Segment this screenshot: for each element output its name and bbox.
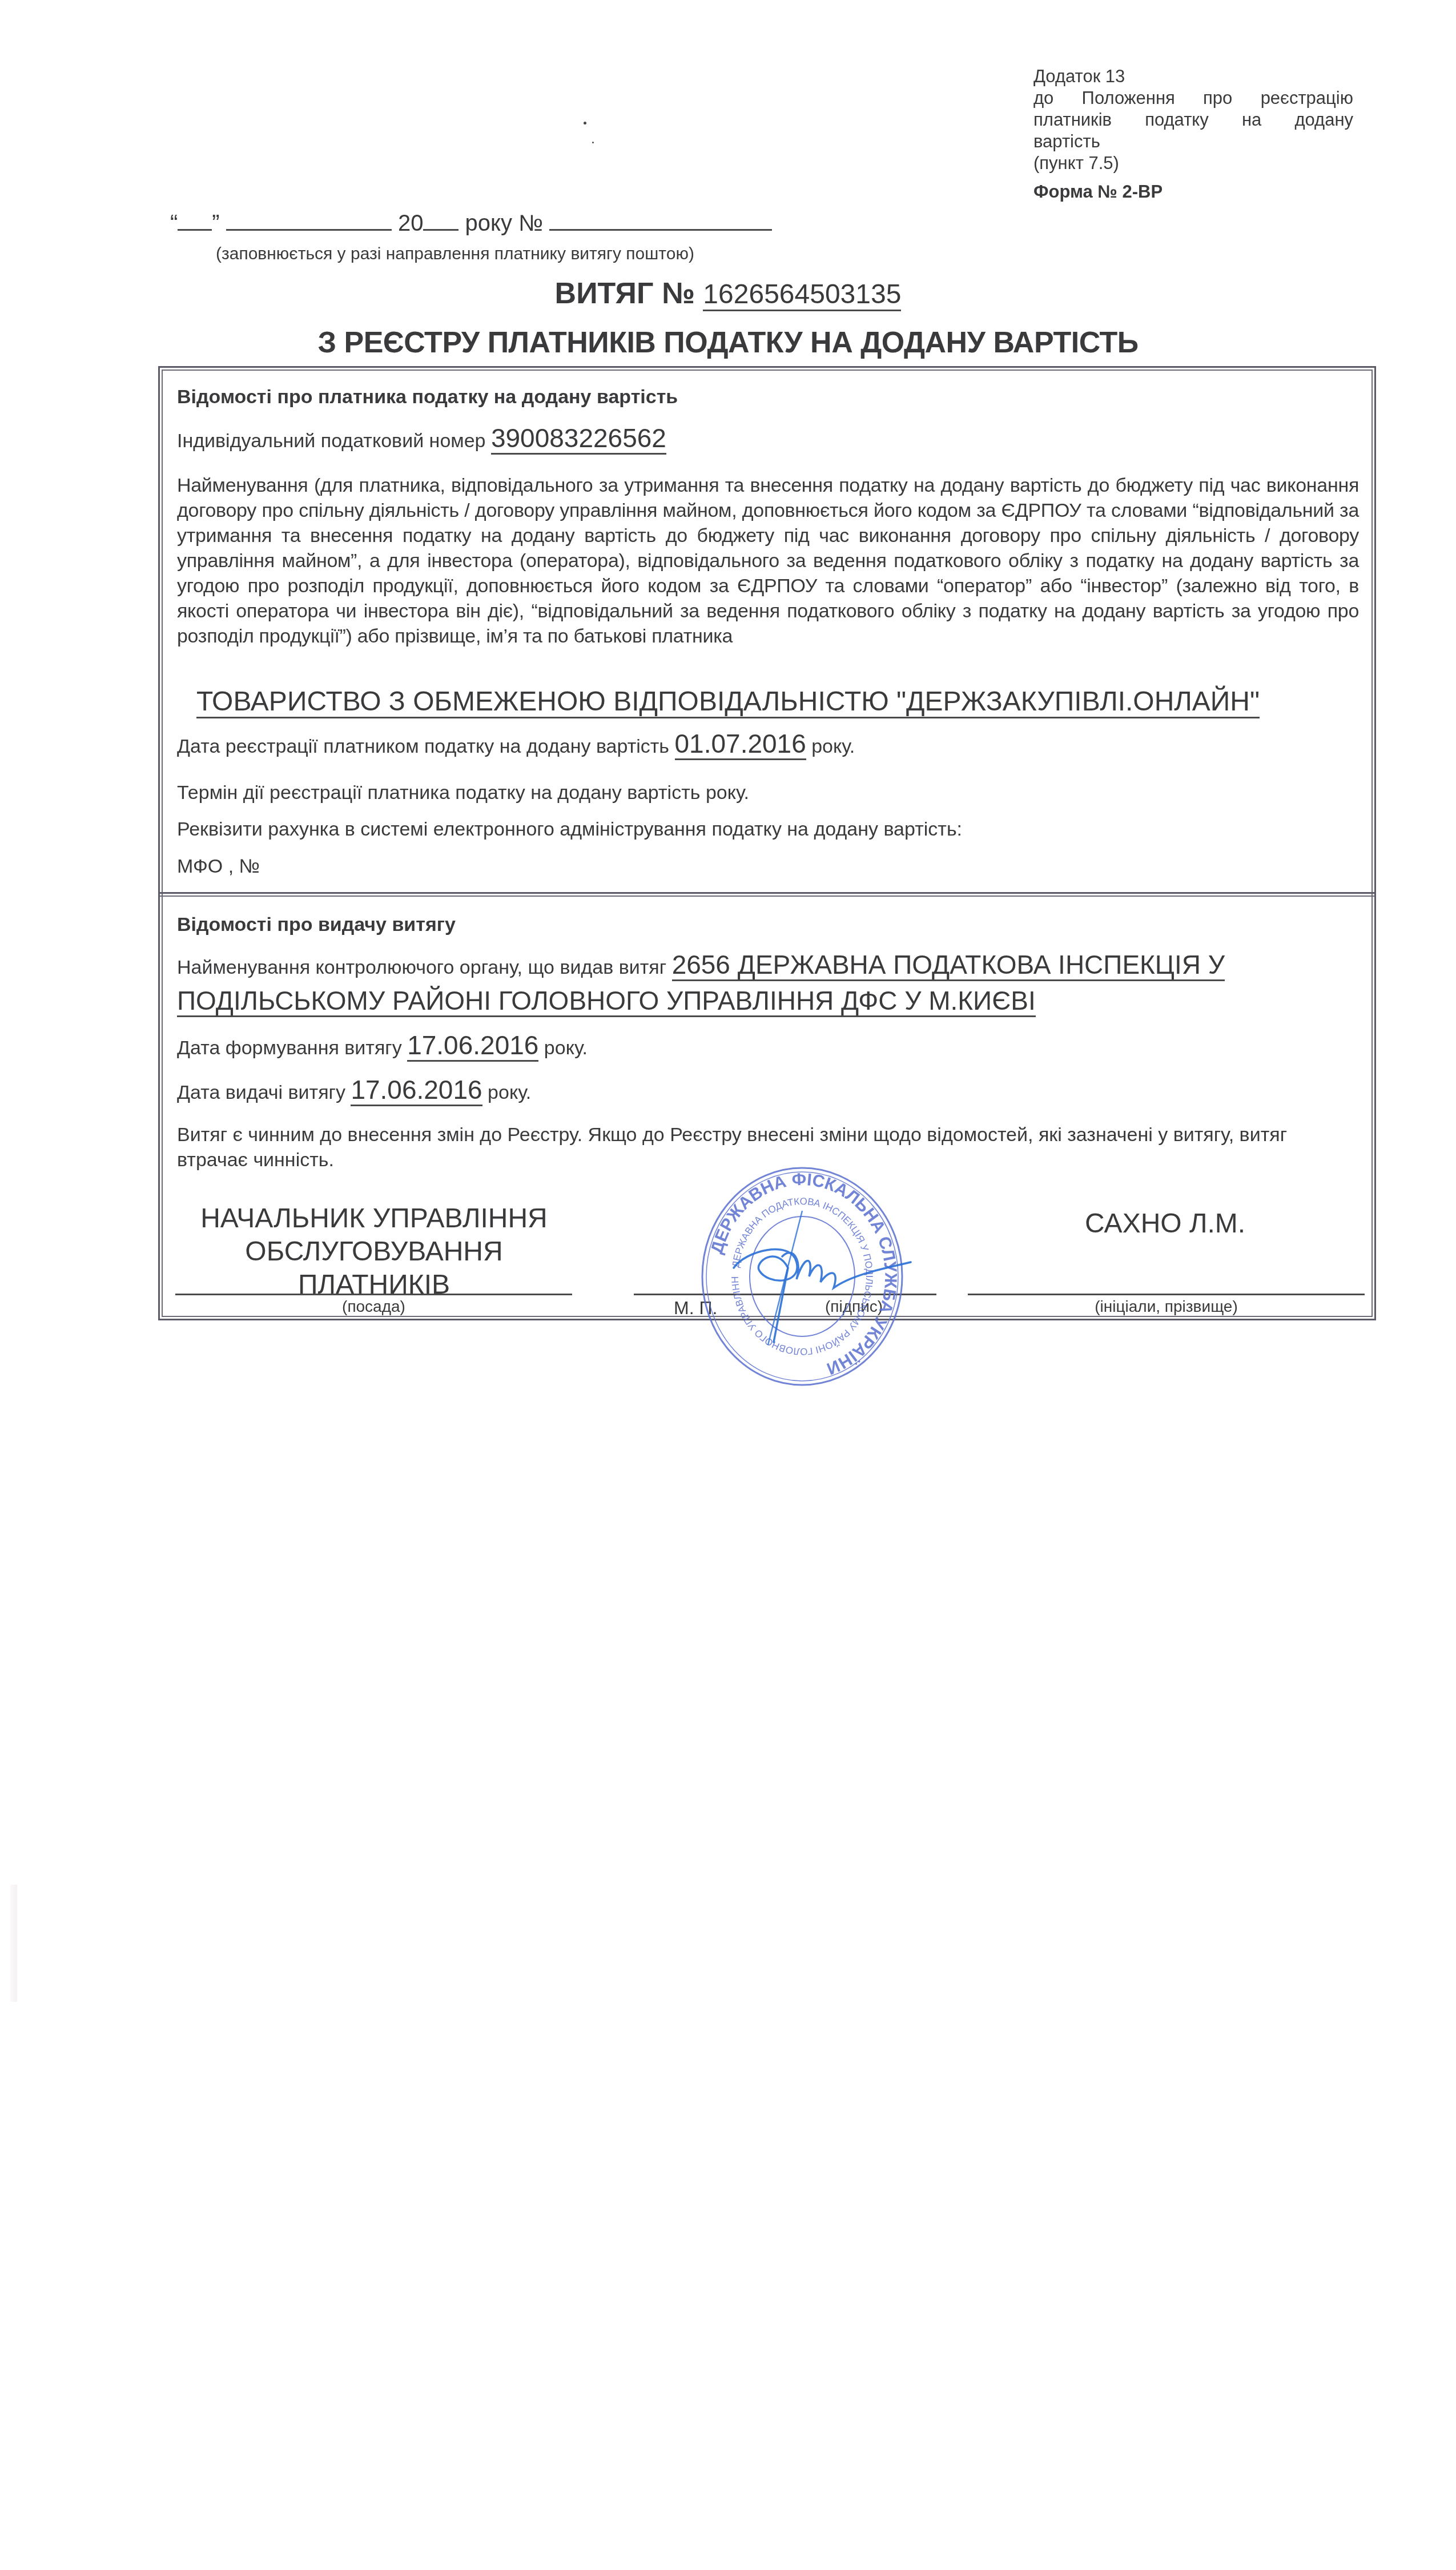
scan-artifact: [10, 1885, 17, 2002]
postal-note: (заповнюється у разі направлення платник…: [216, 244, 694, 264]
year-prefix: 20: [398, 211, 424, 236]
payer-section-heading: Відомості про платника податку на додану…: [177, 386, 678, 408]
annex-reference: Додаток 13 до Положення про реєстрацію п…: [1033, 66, 1353, 203]
authority-name-line2: ПОДІЛЬСЬКОМУ РАЙОНІ ГОЛОВНОГО УПРАВЛІННЯ…: [177, 986, 1036, 1017]
annex-number: Додаток 13: [1033, 66, 1353, 87]
document-title: ВИТЯГ № 1626564503135: [0, 275, 1456, 313]
registration-date-label: Дата реєстрації платником податку на дод…: [177, 736, 675, 757]
company-name: ТОВАРИСТВО З ОБМЕЖЕНОЮ ВІДПОВІДАЛЬНІСТЮ …: [196, 686, 1260, 718]
day-blank: [178, 211, 212, 231]
official-position: НАЧАЛЬНИК УПРАВЛІННЯ ОБСЛУГОВУВАННЯ ПЛАТ…: [171, 1202, 577, 1302]
month-blank: [226, 211, 392, 231]
authority-name-line1: 2656 ДЕРЖАВНА ПОДАТКОВА ІНСПЕКЦІЯ У: [672, 950, 1225, 981]
authority-row: Найменування контролюючого органу, що ви…: [177, 948, 1359, 1024]
issued-date-label: Дата видачі витягу: [177, 1082, 351, 1103]
name-description: Найменування (для платника, відповідальн…: [177, 473, 1359, 649]
position-line: ПЛАТНИКІВ: [171, 1268, 577, 1302]
position-line-rule: [175, 1294, 572, 1295]
year-blank: [423, 211, 458, 231]
inn-label: Індивідуальний податковий номер: [177, 430, 491, 452]
issued-date-value: 17.06.2016: [351, 1075, 482, 1106]
issuance-section-heading: Відомості про видачу витягу: [177, 914, 456, 936]
extract-number: 1626564503135: [703, 279, 901, 311]
official-stamp-icon: ДЕРЖАВНА ФІСКАЛЬНА СЛУЖБА УКРАЇНИ ДЕРЖАВ…: [659, 1154, 945, 1394]
position-line: НАЧАЛЬНИК УПРАВЛІННЯ: [171, 1202, 577, 1235]
annex-clause: (пункт 7.5): [1033, 152, 1353, 174]
account-details-label: Реквізити рахунка в системі електронного…: [177, 817, 962, 842]
inn-value: 390083226562: [491, 423, 666, 455]
year-suffix: року №: [458, 211, 543, 236]
mfo-row: МФО , №: [177, 854, 260, 879]
quote-open: “: [170, 211, 178, 236]
section-divider: [160, 892, 1374, 897]
form-number: Форма № 2-ВР: [1033, 181, 1353, 203]
title-label: ВИТЯГ №: [555, 277, 703, 310]
issued-date-suffix: року.: [482, 1082, 532, 1103]
document-subtitle: З РЕЄСТРУ ПЛАТНИКІВ ПОДАТКУ НА ДОДАНУ ВА…: [0, 324, 1456, 361]
formed-date-label: Дата формування витягу: [177, 1037, 407, 1059]
issued-date-row: Дата видачі витягу 17.06.2016 року.: [177, 1077, 531, 1105]
position-line: ОБСЛУГОВУВАННЯ: [171, 1235, 577, 1268]
inn-row: Індивідуальний податковий номер 39008322…: [177, 425, 666, 453]
annex-line: вартість: [1033, 131, 1353, 152]
annex-line: до Положення про реєстрацію: [1033, 87, 1353, 109]
registration-date-suffix: року.: [806, 736, 855, 757]
official-name: САХНО Л.М.: [1085, 1208, 1245, 1239]
company-name-row: ТОВАРИСТВО З ОБМЕЖЕНОЮ ВІДПОВІДАЛЬНІСТЮ …: [0, 685, 1456, 718]
quote-close: ”: [212, 211, 219, 236]
scan-speck: [584, 122, 586, 125]
formed-date-value: 17.06.2016: [407, 1030, 538, 1062]
postal-date-line: “” 20 року №: [170, 210, 772, 236]
position-caption: (посада): [175, 1298, 572, 1316]
authority-label: Найменування контролюючого органу, що ви…: [177, 957, 672, 978]
formed-date-suffix: року.: [538, 1037, 588, 1059]
name-line-rule: [968, 1294, 1365, 1295]
formed-date-row: Дата формування витягу 17.06.2016 року.: [177, 1033, 588, 1061]
scan-speck: [592, 142, 594, 143]
registration-date-row: Дата реєстрації платником податку на дод…: [177, 731, 855, 759]
annex-line: платників податку на додану: [1033, 109, 1353, 131]
number-blank: [549, 211, 772, 231]
registration-date-value: 01.07.2016: [675, 729, 806, 760]
name-caption: (ініціали, прізвище): [968, 1298, 1365, 1316]
registration-term: Термін дії реєстрації платника податку н…: [177, 780, 749, 805]
